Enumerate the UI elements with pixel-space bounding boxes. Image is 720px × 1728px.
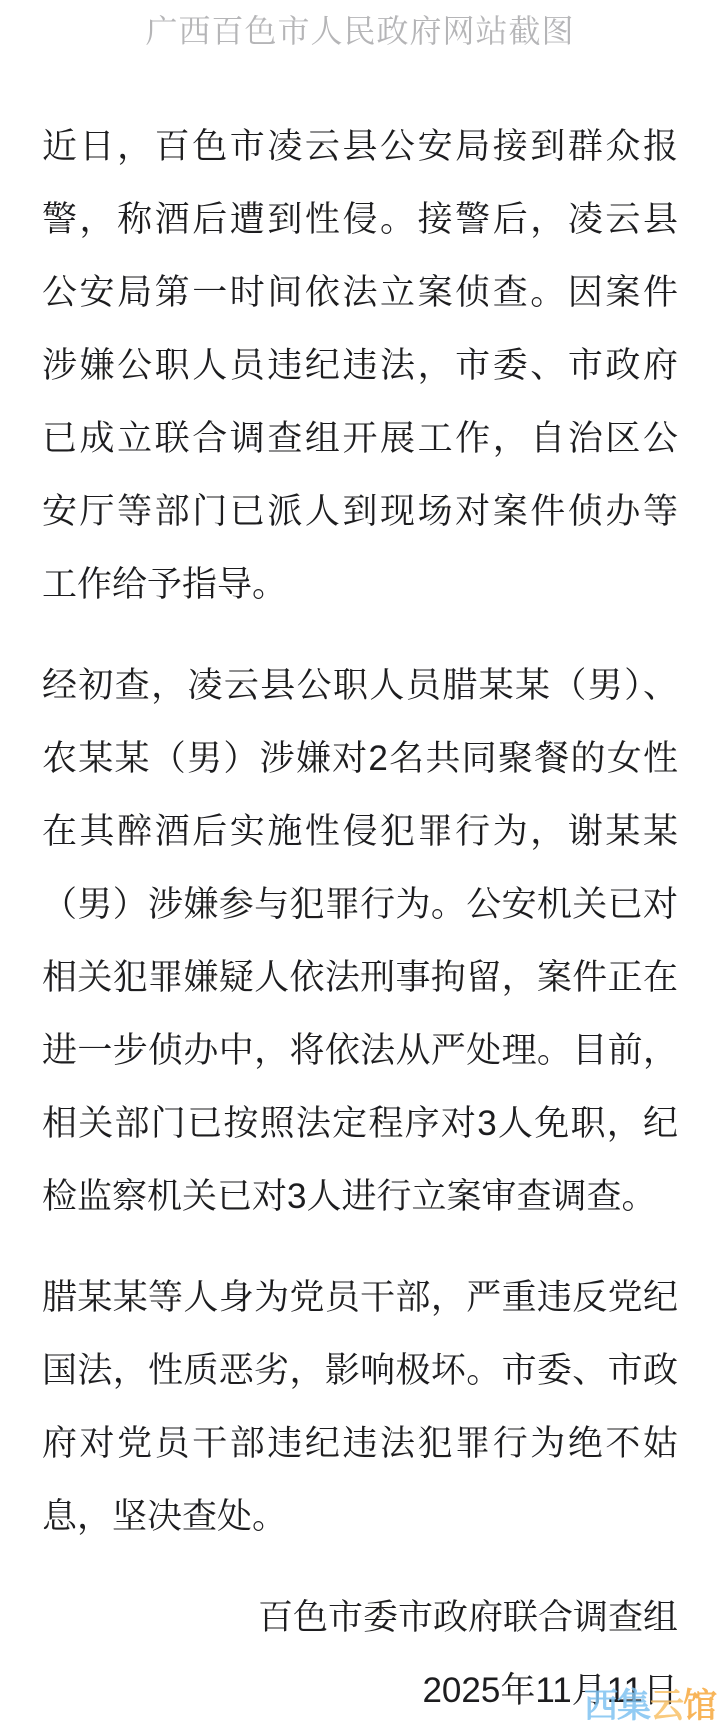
paragraph: 近日，百色市凌云县公安局接到群众报警，称酒后遭到性侵。接警后，凌云县公安局第一时…: [42, 110, 678, 621]
paragraph: 腊某某等人身为党员干部，严重违反党纪国法，性质恶劣，影响极坏。市委、市政府对党员…: [42, 1261, 678, 1553]
text-line: 在其醉酒后实施性侵犯罪行为，谢某某: [42, 795, 678, 868]
text-line: 涉嫌公职人员违纪违法，市委、市政府: [42, 329, 678, 402]
article-paragraphs: 近日，百色市凌云县公安局接到群众报警，称酒后遭到性侵。接警后，凌云县公安局第一时…: [42, 110, 678, 1553]
source-caption: 广西百色市人民政府网站截图: [0, 0, 720, 54]
text-line: 公安局第一时间依法立案侦查。因案件: [42, 256, 678, 329]
paragraph: 经初查，凌云县公职人员腊某某（男）、农某某（男）涉嫌对2名共同聚餐的女性在其醉酒…: [42, 649, 678, 1233]
text-line: 腊某某等人身为党员干部，严重违反党纪: [42, 1261, 678, 1334]
text-line: 相关部门已按照法定程序对3人免职，纪: [42, 1087, 678, 1160]
text-line: 已成立联合调查组开展工作，自治区公: [42, 402, 678, 475]
text-line: 检监察机关已对3人进行立案审查调查。: [42, 1160, 678, 1233]
text-line: 工作给予指导。: [42, 548, 678, 621]
text-line: 进一步侦办中，将依法从严处理。目前，: [42, 1014, 678, 1087]
watermark-char: 云: [650, 1687, 683, 1725]
text-line: 府对党员干部违纪违法犯罪行为绝不姑: [42, 1407, 678, 1480]
text-line: 经初查，凌云县公职人员腊某某（男）、: [42, 649, 678, 722]
text-line: 近日，百色市凌云县公安局接到群众报: [42, 110, 678, 183]
signature-block: 百色市委市政府联合调查组 2025年11月11日: [42, 1581, 678, 1727]
text-line: 农某某（男）涉嫌对2名共同聚餐的女性: [42, 722, 678, 795]
text-line: 相关犯罪嫌疑人依法刑事拘留，案件正在: [42, 941, 678, 1014]
watermark-char: 馆: [683, 1687, 716, 1725]
watermark-char: 西: [584, 1687, 617, 1725]
text-line: 息，坚决查处。: [42, 1480, 678, 1553]
date-line: 2025年11月11日: [42, 1654, 678, 1727]
text-line: 国法，性质恶劣，影响极坏。市委、市政: [42, 1334, 678, 1407]
watermark-char: 集: [617, 1687, 650, 1725]
article-body: 近日，百色市凌云县公安局接到群众报警，称酒后遭到性侵。接警后，凌云县公安局第一时…: [42, 110, 678, 1727]
text-line: 安厅等部门已派人到现场对案件侦办等: [42, 475, 678, 548]
text-line: （男）涉嫌参与犯罪行为。公安机关已对: [42, 868, 678, 941]
text-line: 警，称酒后遭到性侵。接警后，凌云县: [42, 183, 678, 256]
signature-line: 百色市委市政府联合调查组: [42, 1581, 678, 1654]
watermark: 西集云馆: [584, 1687, 716, 1725]
